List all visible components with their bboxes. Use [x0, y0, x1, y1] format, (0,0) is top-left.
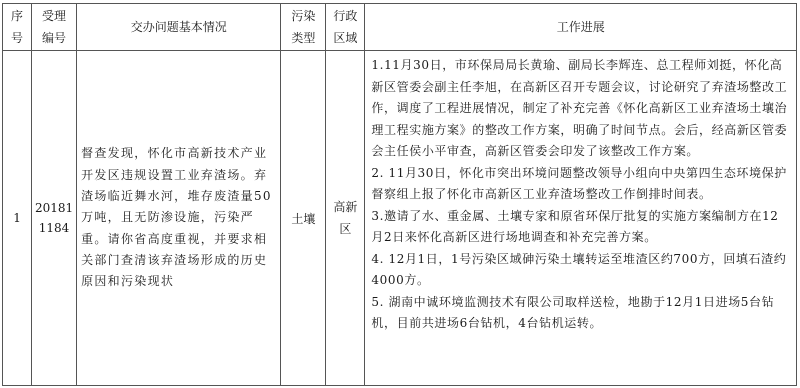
- cell-index: 1: [3, 51, 32, 386]
- cell-area: 高新区: [326, 51, 365, 386]
- header-index-line2: 号: [11, 31, 23, 45]
- progress-item-5: 5. 湖南中诚环境监测技术有限公司取样送检，地勘于12月1日进场5台钻机，目前共…: [371, 292, 791, 335]
- header-type-line1: 污染: [291, 9, 315, 23]
- progress-item-2: 2. 11月30日，怀化市突出环境问题整改领导小组向中央第四生态环境保护督察组上…: [371, 163, 791, 206]
- supervision-table: 序号 受理编号 交办问题基本情况 污染类型 行政区域 工作进展 1 201811…: [2, 3, 797, 386]
- header-index-line1: 序: [11, 9, 23, 23]
- header-pollution-type: 污染类型: [281, 4, 326, 51]
- cell-code-line2: 1184: [39, 221, 70, 235]
- header-progress: 工作进展: [365, 4, 797, 51]
- header-code-line1: 受理: [42, 9, 66, 23]
- header-area: 行政区域: [326, 4, 365, 51]
- cell-description: 督查发现，怀化市高新技术产业开发区违规设置工业弃渣场。弃渣场临近舞水河，堆存废渣…: [77, 51, 281, 386]
- cell-area-line1: 高新: [333, 200, 357, 214]
- cell-progress: 1.11月30日，市环保局局长黄瑜、副局长李辉连、总工程师刘挺，怀化高新区管委会…: [365, 51, 797, 386]
- header-type-line2: 类型: [291, 31, 315, 45]
- header-index: 序号: [3, 4, 32, 51]
- cell-pollution-type: 土壤: [281, 51, 326, 386]
- header-code: 受理编号: [32, 4, 77, 51]
- description-text: 督查发现，怀化市高新技术产业开发区违规设置工业弃渣场。弃渣场临近舞水河，堆存废渣…: [81, 143, 276, 292]
- table-row: 1 201811184 督查发现，怀化市高新技术产业开发区违规设置工业弃渣场。弃…: [3, 51, 797, 386]
- table-header-row: 序号 受理编号 交办问题基本情况 污染类型 行政区域 工作进展: [3, 4, 797, 51]
- header-code-line2: 编号: [42, 31, 66, 45]
- cell-code: 201811184: [32, 51, 77, 386]
- cell-area-line2: 区: [339, 222, 351, 236]
- progress-item-4: 4. 12月1日，1号污染区域砷污染土壤转运至堆渣区约700方，回填石渣约400…: [371, 249, 791, 292]
- progress-item-3: 3.邀请了水、重金属、土壤专家和原省环保厅批复的实施方案编制方在12月2日来怀化…: [371, 206, 791, 249]
- cell-code-line1: 20181: [35, 201, 73, 215]
- header-area-line2: 区域: [333, 31, 357, 45]
- header-description: 交办问题基本情况: [77, 4, 281, 51]
- progress-item-1: 1.11月30日，市环保局局长黄瑜、副局长李辉连、总工程师刘挺，怀化高新区管委会…: [371, 55, 791, 163]
- header-area-line1: 行政: [333, 9, 357, 23]
